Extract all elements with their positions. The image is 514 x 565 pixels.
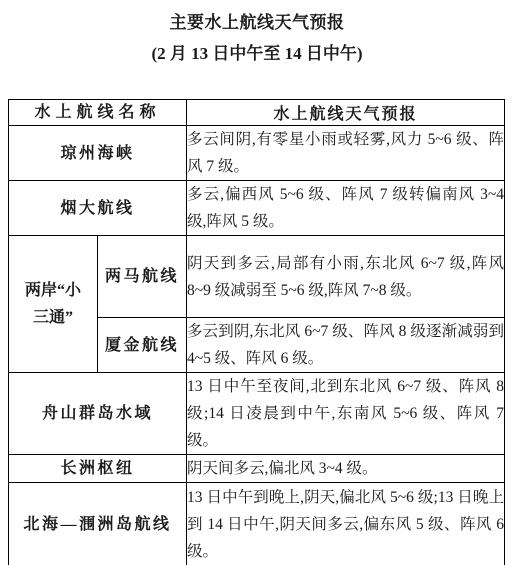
table-row-zhoushan-islands: 舟山群岛水域 13 日中午至夜间,北到东北风 6~7 级、阵风 8 级;14 日… bbox=[9, 373, 505, 455]
route-group-label: 两岸“小三通” bbox=[19, 277, 88, 331]
table-row-qiongzhou-strait: 琼州海峡 多云间阴,有零星小雨或轻雾,风力 5~6 级、阵风 7 级。 bbox=[9, 126, 505, 181]
forecast-cell: 多云到阴,东北风 6~7 级、阵风 8 级逐渐减弱到 4~5 级、阵风 6 级。 bbox=[187, 318, 505, 373]
route-name-cell: 琼州海峡 bbox=[9, 126, 187, 181]
route-group-cell-mini-three-links: 两岸“小三通” bbox=[9, 236, 98, 373]
column-header-route-name: 水上航线名称 bbox=[9, 100, 187, 126]
table-row-changzhou-hub: 长洲枢纽 阴天间多云,偏北风 3~4 级。 bbox=[9, 455, 505, 483]
forecast-cell: 多云,偏西风 5~6 级、阵风 7 级转偏南风 3~4 级,阵风 5 级。 bbox=[187, 181, 505, 236]
route-name-cell: 长洲枢纽 bbox=[9, 455, 187, 483]
forecast-cell: 13 日中午至夜间,北到东北风 6~7 级、阵风 8 级;14 日凌晨到中午,东… bbox=[187, 373, 505, 455]
table-row-yanda-route: 烟大航线 多云,偏西风 5~6 级、阵风 7 级转偏南风 3~4 级,阵风 5 … bbox=[9, 181, 505, 236]
column-header-forecast: 水上航线天气预报 bbox=[187, 100, 505, 126]
page-subtitle: (2 月 13 日中午至 14 日中午) bbox=[0, 39, 514, 64]
table-row-liangma-route: 两岸“小三通” 两马航线 阴天到多云,局部有小雨,东北风 6~7 级,阵风 8~… bbox=[9, 236, 505, 318]
forecast-cell: 阴天间多云,偏北风 3~4 级。 bbox=[187, 455, 505, 483]
forecast-cell: 多云间阴,有零星小雨或轻雾,风力 5~6 级、阵风 7 级。 bbox=[187, 126, 505, 181]
forecast-table: 水上航线名称 水上航线天气预报 琼州海峡 多云间阴,有零星小雨或轻雾,风力 5~… bbox=[8, 99, 505, 565]
route-name-cell: 烟大航线 bbox=[9, 181, 187, 236]
forecast-cell: 阴天到多云,局部有小雨,东北风 6~7 级,阵风 8~9 级减弱至 5~6 级,… bbox=[187, 236, 505, 318]
table-row-beihai-weizhou-route: 北海—涠洲岛航线 13 日中午到晚上,阴天,偏北风 5~6 级;13 日晚上到 … bbox=[9, 483, 505, 565]
route-name-cell: 两马航线 bbox=[98, 236, 187, 318]
forecast-cell: 13 日中午到晚上,阴天,偏北风 5~6 级;13 日晚上到 14 日中午,阴天… bbox=[187, 483, 505, 565]
route-name-cell: 北海—涠洲岛航线 bbox=[9, 483, 187, 565]
route-name-cell: 舟山群岛水域 bbox=[9, 373, 187, 455]
page-title: 主要水上航线天气预报 bbox=[0, 8, 514, 33]
table-header-row: 水上航线名称 水上航线天气预报 bbox=[9, 100, 505, 126]
route-name-cell: 厦金航线 bbox=[98, 318, 187, 373]
